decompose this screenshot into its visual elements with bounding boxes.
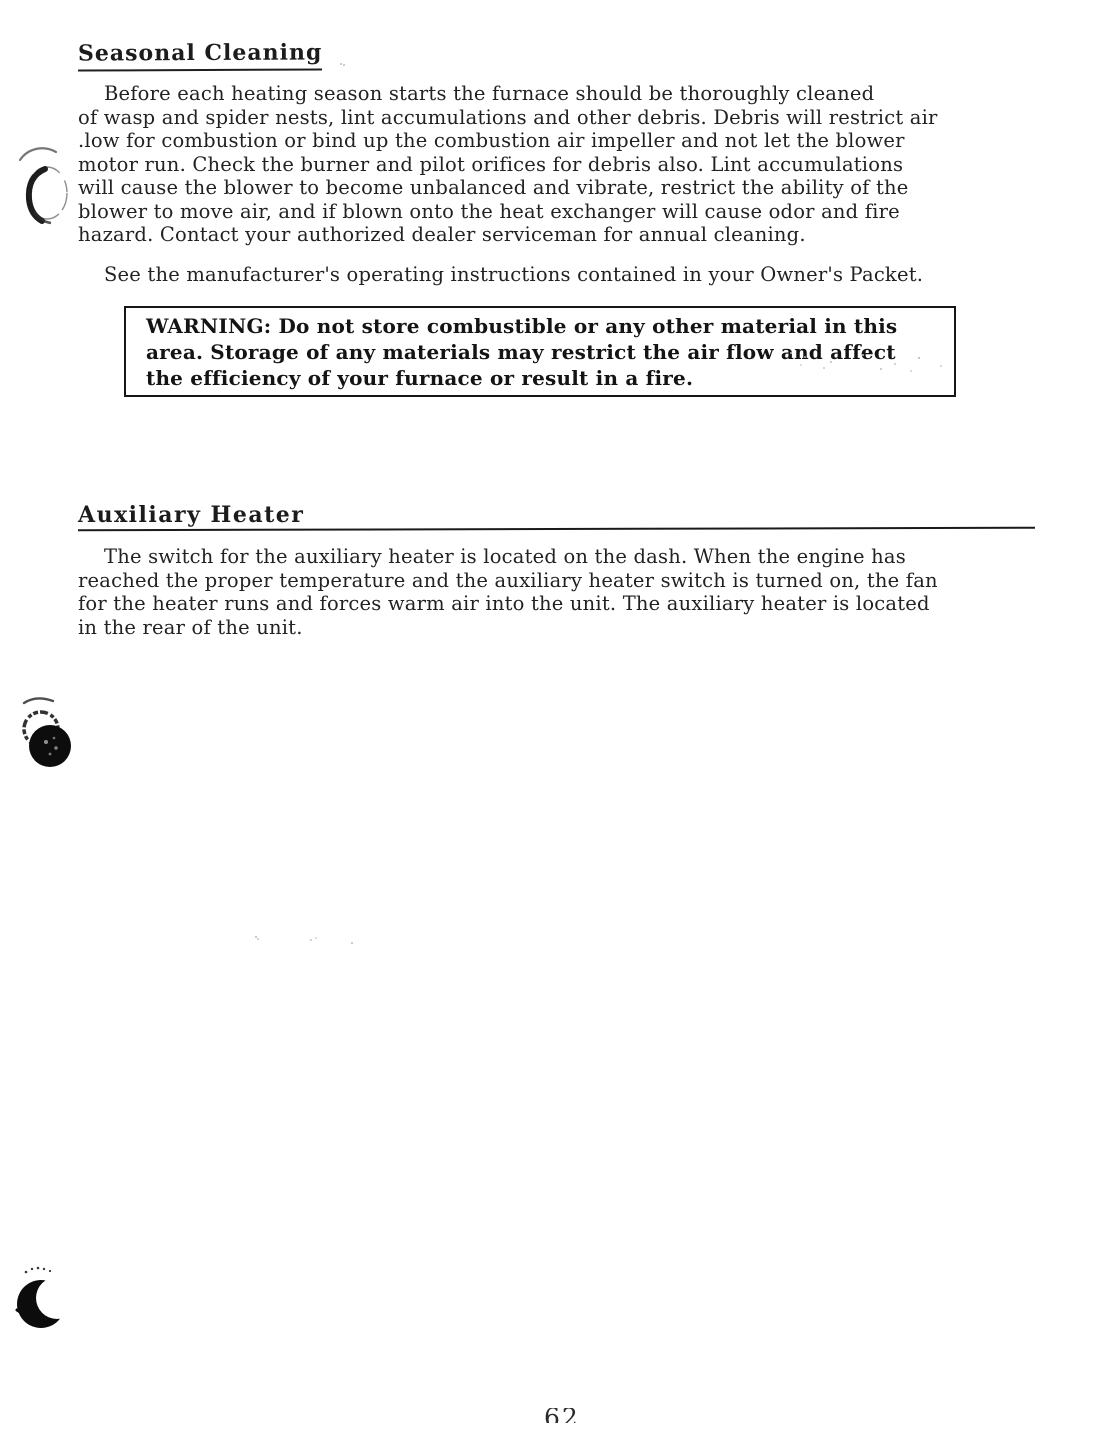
text-line: hazard. Contact your authorized dealer s…: [78, 223, 1058, 247]
text-line: in the rear of the unit.: [78, 616, 1058, 640]
text-line: for the heater runs and forces warm air …: [78, 592, 1058, 616]
text-line: See the manufacturer's operating instruc…: [78, 263, 1058, 287]
ring-smudge-mark: [14, 138, 80, 230]
seasonal-cleaning-paragraph-2: See the manufacturer's operating instruc…: [78, 263, 1058, 287]
page-number: 62: [544, 1408, 604, 1423]
text-line: reached the proper temperature and the a…: [78, 569, 1058, 593]
text-line: The switch for the auxiliary heater is l…: [78, 545, 1058, 569]
page-number-text: 62: [544, 1408, 604, 1423]
scan-noise-speck: [340, 63, 342, 65]
crescent-mark: [14, 1262, 74, 1336]
seasonal-cleaning-paragraph-1: Before each heating season starts the fu…: [78, 82, 1058, 247]
scan-noise-speckles: [790, 352, 792, 354]
warning-text-line: the efficiency of your furnace or result…: [146, 365, 942, 391]
warning-box: WARNING: Do not store combustible or any…: [124, 306, 956, 397]
auxiliary-heater-paragraph: The switch for the auxiliary heater is l…: [78, 545, 1058, 639]
text-line: .low for combustion or bind up the combu…: [78, 129, 1058, 153]
text-line: will cause the blower to become unbalanc…: [78, 176, 1058, 200]
warning-text-line: area. Storage of any materials may restr…: [146, 339, 942, 365]
text-line: Before each heating season starts the fu…: [78, 82, 1058, 106]
scan-noise-speckles: [255, 936, 257, 938]
warning-text-line: WARNING: Do not store combustible or any…: [146, 313, 942, 339]
section-heading-seasonal-cleaning: Seasonal Cleaning: [78, 39, 322, 71]
text-line: of wasp and spider nests, lint accumulat…: [78, 106, 1058, 130]
scanned-manual-page: Seasonal Cleaning Before each heating se…: [0, 0, 1113, 1440]
section-heading-auxiliary-heater: Auxiliary Heater: [78, 502, 304, 528]
text-line: blower to move air, and if blown onto th…: [78, 200, 1058, 224]
text-line: motor run. Check the burner and pilot or…: [78, 153, 1058, 177]
ink-blob-mark: [16, 692, 80, 778]
